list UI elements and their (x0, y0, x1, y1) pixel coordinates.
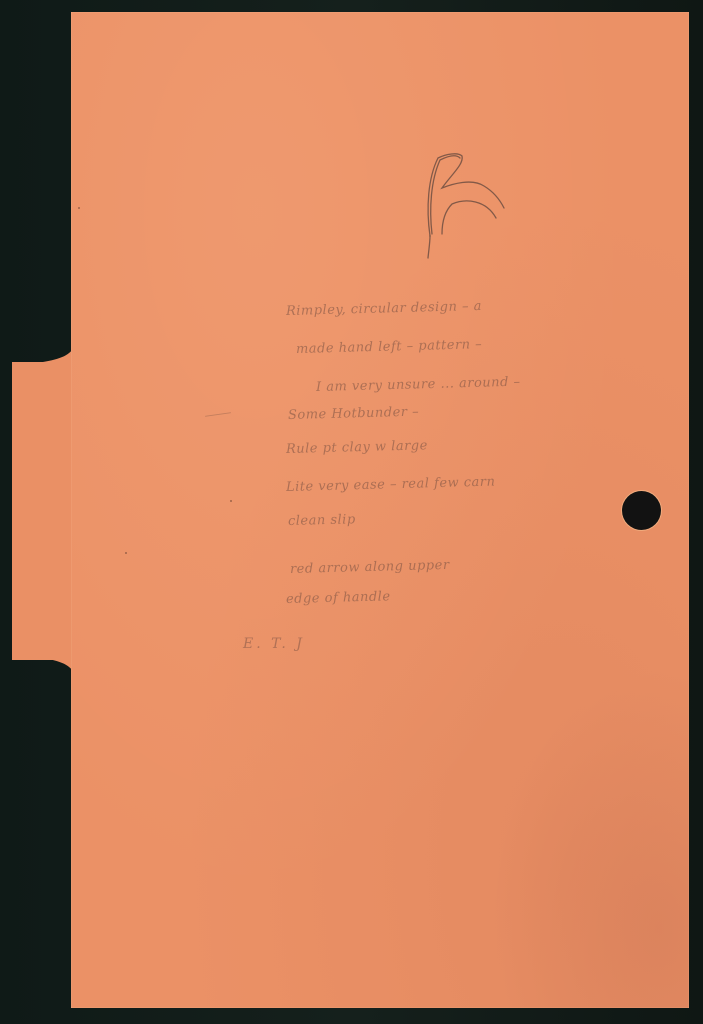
card-index-tab (12, 362, 76, 660)
initials-signature: E. T. J (243, 636, 305, 652)
paper-speck (125, 552, 127, 554)
note-line-7: clean slip (288, 512, 356, 529)
paper-speck (230, 500, 232, 502)
paper-speck (78, 207, 80, 209)
punched-hole (622, 491, 661, 530)
note-line-9: edge of handle (286, 589, 391, 607)
pencil-glyph-icon (412, 148, 512, 268)
index-card (71, 12, 689, 1008)
